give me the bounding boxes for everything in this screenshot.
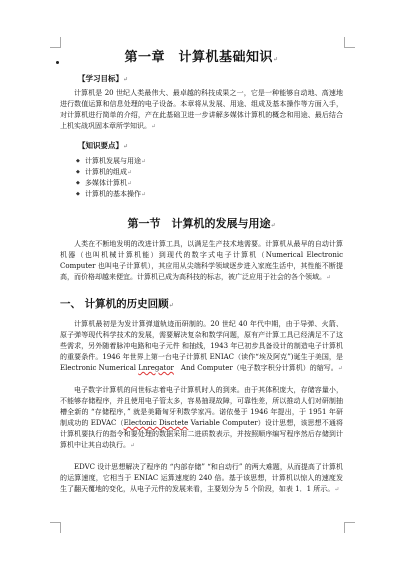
- section-title: 第一节 计算机的发展与用途↵: [60, 217, 343, 233]
- anchor-mark-icon: [56, 61, 59, 64]
- margin-corner-top-left: [50, 37, 61, 48]
- key-points-list: 计算机发展与用途↵ 计算机的组成↵ 多媒体计算机↵ 计算机的基本操作↵: [60, 156, 343, 200]
- key-point-item: 计算机的组成↵: [76, 167, 343, 178]
- history-paragraph-2: 电子数字计算机的问世标志着电子计算机时人的到来。由于其体积庞大，存储容量小，不能…: [60, 385, 343, 451]
- key-point-item: 计算机的基本操作↵: [76, 189, 343, 200]
- objectives-label: 【学习目标】↵: [78, 74, 343, 85]
- section-intro-paragraph: 人类在不断地发明的改进计算工具，以满足生产技术地需要。计算机从最早的自动计算机器…: [60, 239, 343, 283]
- key-point-item: 多媒体计算机↵: [76, 178, 343, 189]
- spelling-error[interactable]: Lnregator: [138, 364, 174, 372]
- margin-corner-top-right: [344, 37, 355, 48]
- margin-corner-bottom-right: [344, 522, 355, 533]
- key-points-label: 【知识要点】↵: [78, 141, 343, 152]
- history-paragraph-1: 计算机最初是为发计算弹道轨迹而研制的。20 世纪 40 年代中期，由于导弹、火箭…: [60, 319, 343, 374]
- spelling-error[interactable]: Electonic Disctete: [124, 419, 189, 427]
- margin-corner-bottom-left: [50, 522, 61, 533]
- chapter-title: 第一章 计算机基础知识↵: [60, 50, 343, 66]
- key-point-item: 计算机发展与用途↵: [76, 156, 343, 167]
- subsection-title: 一、 计算机的历史回顾↵: [60, 297, 343, 313]
- history-paragraph-3: EDVC 设计思想解决了程序的 “内部存储” “和自动行” 的两大难题，从而提高…: [60, 462, 343, 495]
- document-page[interactable]: 第一章 计算机基础知识↵ 【学习目标】↵ 计算机是 20 世纪人类最伟大、最卓越…: [60, 50, 343, 495]
- objectives-paragraph: 计算机是 20 世纪人类最伟大、最卓越的科技成果之一，它是一种能够自动地、高速地…: [60, 88, 343, 132]
